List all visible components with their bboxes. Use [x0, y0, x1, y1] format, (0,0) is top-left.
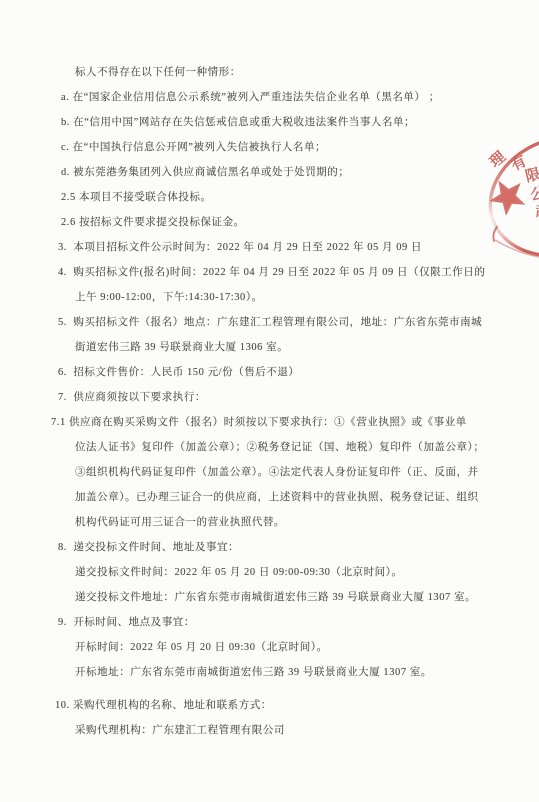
document-line: 3. 本项目招标文件公示时间为：2022 年 04 月 29 日至 2022 年…: [0, 235, 539, 260]
document-line: 4. 购买招标文件(报名)时间：2022 年 04 月 29 日至 2022 年…: [0, 260, 539, 285]
document-line: 机构代码证可用三证合一的营业执照代替。: [0, 510, 539, 535]
document-line: d. 被东莞港务集团列入供应商诚信黑名单或处于处罚期的；: [0, 160, 539, 185]
document-line: 递交投标文件时间：2022 年 05 月 20 日 09:00-09:30（北京…: [0, 560, 539, 585]
scanned-document-page: 标人不得存在以下任何一种情形： a. 在“国家企业信用信息公示系统”被列入严重违…: [0, 0, 539, 802]
document-line: 上午 9:00-12:00，下午:14:30-17:30）。: [0, 285, 539, 310]
document-line: 10. 采购代理机构的名称、地址和联系方式：: [0, 693, 539, 718]
document-line: 加盖公章）。已办理三证合一的供应商，上述资料中的营业执照、税务登记证、组织: [0, 485, 539, 510]
document-line: 2.5 本项目不接受联合体投标。: [0, 185, 539, 210]
document-line: 5. 购买招标文件（报名）地点：广东建汇工程管理有限公司，地址：广东省东莞市南城: [0, 310, 539, 335]
document-line: c. 在“中国执行信息公开网”被列入失信被执行人名单；: [0, 135, 539, 160]
document-line: 街道宏伟三路 39 号联景商业大厦 1306 室。: [0, 335, 539, 360]
document-line: 9. 开标时间、地点及事宜：: [0, 610, 539, 635]
document-line: 2.6 按招标文件要求提交投标保证金。: [0, 210, 539, 235]
document-line: 开标地址：广东省东莞市南城街道宏伟三路 39 号联景商业大厦 1307 室。: [0, 660, 539, 685]
document-line: 7. 供应商须按以下要求执行：: [0, 385, 539, 410]
document-line: 位法人证书》复印件（加盖公章）；②税务登记证（国、地税）复印件（加盖公章）；: [0, 435, 539, 460]
document-line: 递交投标文件地址：广东省东莞市南城街道宏伟三路 39 号联景商业大厦 1307 …: [0, 585, 539, 610]
document-line: 开标时间：2022 年 05 月 20 日 09:30（北京时间）。: [0, 635, 539, 660]
document-line: a. 在“国家企业信用信息公示系统”被列入严重违法失信企业名单（黑名单） ；: [0, 85, 539, 110]
document-line: 8. 递交投标文件时间、地址及事宜：: [0, 535, 539, 560]
document-body: 标人不得存在以下任何一种情形： a. 在“国家企业信用信息公示系统”被列入严重违…: [0, 60, 539, 743]
document-line: ③组织机构代码证复印件（加盖公章）。④法定代表人身份证复印件（正、反面，并: [0, 460, 539, 485]
document-line: 标人不得存在以下任何一种情形：: [0, 60, 539, 85]
document-line: 7.1 供应商在购买采购文件（报名）时须按以下要求执行：①《营业执照》或《事业单: [0, 410, 539, 435]
document-line: b. 在“信用中国”网站存在失信惩戒信息或重大税收违法案件当事人名单；: [0, 110, 539, 135]
document-line: 6. 招标文件售价：人民币 150 元/份（售后不退）: [0, 360, 539, 385]
document-line: 采购代理机构：广东建汇工程管理有限公司: [0, 718, 539, 743]
